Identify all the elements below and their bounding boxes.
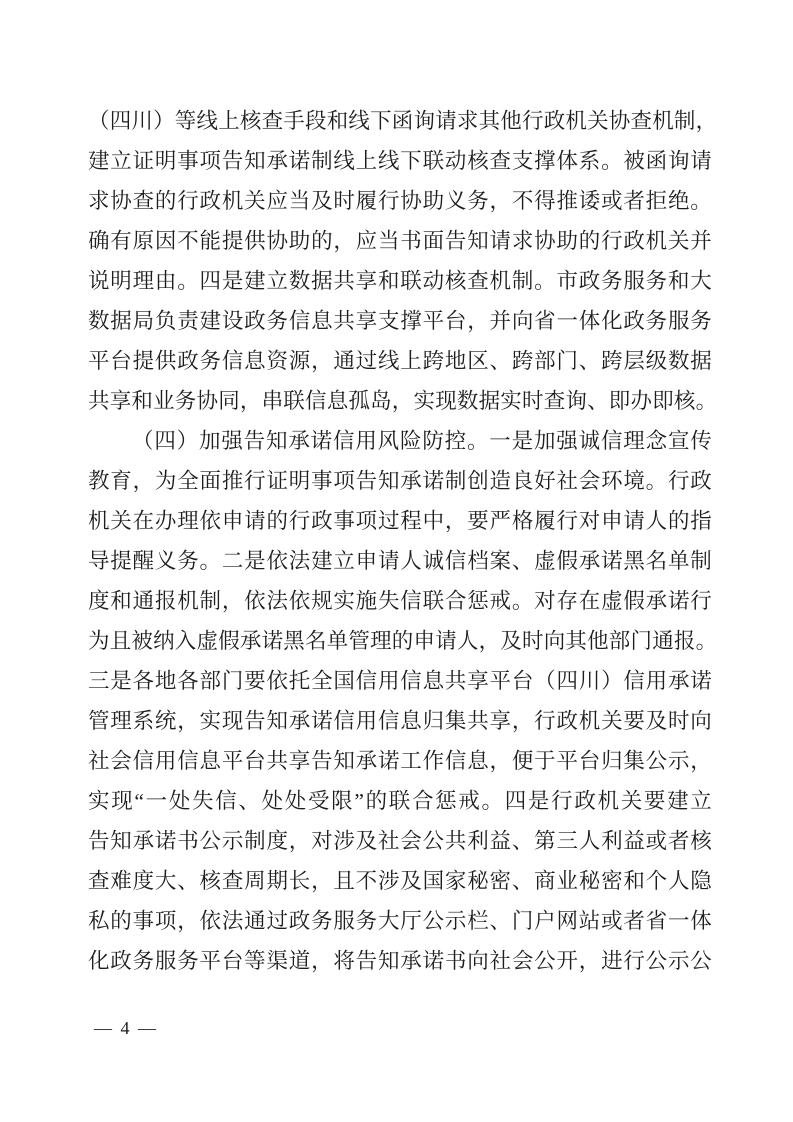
- text-line: 实现“一处失信、处处受限”的联合惩戒。四是行政机关要建立: [88, 781, 712, 821]
- text-line: 建立证明事项告知承诺制线上线下联动核查支撑体系。被函询请: [88, 141, 712, 181]
- page-number: — 4 —: [94, 1018, 158, 1039]
- text-line: （四川）等线上核查手段和线下函询请求其他行政机关协查机制，: [88, 101, 712, 141]
- text-line: 度和通报机制，依法依规实施失信联合惩戒。对存在虚假承诺行: [88, 581, 712, 621]
- text-line: 化政务服务平台等渠道，将告知承诺书向社会公开，进行公示公: [88, 941, 712, 981]
- text-line: 查难度大、核查周期长，且不涉及国家秘密、商业秘密和个人隐: [88, 861, 712, 901]
- text-line: 求协查的行政机关应当及时履行协助义务，不得推诿或者拒绝。: [88, 181, 712, 221]
- text-line: 教育，为全面推行证明事项告知承诺制创造良好社会环境。行政: [88, 461, 712, 501]
- text-line: 共享和业务协同，串联信息孤岛，实现数据实时查询、即办即核。: [88, 381, 712, 421]
- document-body: （四川）等线上核查手段和线下函询请求其他行政机关协查机制，建立证明事项告知承诺制…: [88, 101, 712, 981]
- text-line: 说明理由。四是建立数据共享和联动核查机制。市政务服务和大: [88, 261, 712, 301]
- text-line: 告知承诺书公示制度，对涉及社会公共利益、第三人利益或者核: [88, 821, 712, 861]
- text-line: 导提醒义务。二是依法建立申请人诚信档案、虚假承诺黑名单制: [88, 541, 712, 581]
- text-line: 平台提供政务信息资源，通过线上跨地区、跨部门、跨层级数据: [88, 341, 712, 381]
- text-line: 社会信用信息平台共享告知承诺工作信息，便于平台归集公示，: [88, 741, 712, 781]
- text-line: （四）加强告知承诺信用风险防控。一是加强诚信理念宣传: [88, 421, 712, 461]
- text-line: 管理系统，实现告知承诺信用信息归集共享，行政机关要及时向: [88, 701, 712, 741]
- text-line: 为且被纳入虚假承诺黑名单管理的申请人，及时向其他部门通报。: [88, 621, 712, 661]
- text-line: 三是各地各部门要依托全国信用信息共享平台（四川）信用承诺: [88, 661, 712, 701]
- document-page: （四川）等线上核查手段和线下函询请求其他行政机关协查机制，建立证明事项告知承诺制…: [0, 0, 793, 1122]
- text-line: 机关在办理依申请的行政事项过程中，要严格履行对申请人的指: [88, 501, 712, 541]
- text-line: 确有原因不能提供协助的，应当书面告知请求协助的行政机关并: [88, 221, 712, 261]
- text-line: 数据局负责建设政务信息共享支撑平台，并向省一体化政务服务: [88, 301, 712, 341]
- text-line: 私的事项，依法通过政务服务大厅公示栏、门户网站或者省一体: [88, 901, 712, 941]
